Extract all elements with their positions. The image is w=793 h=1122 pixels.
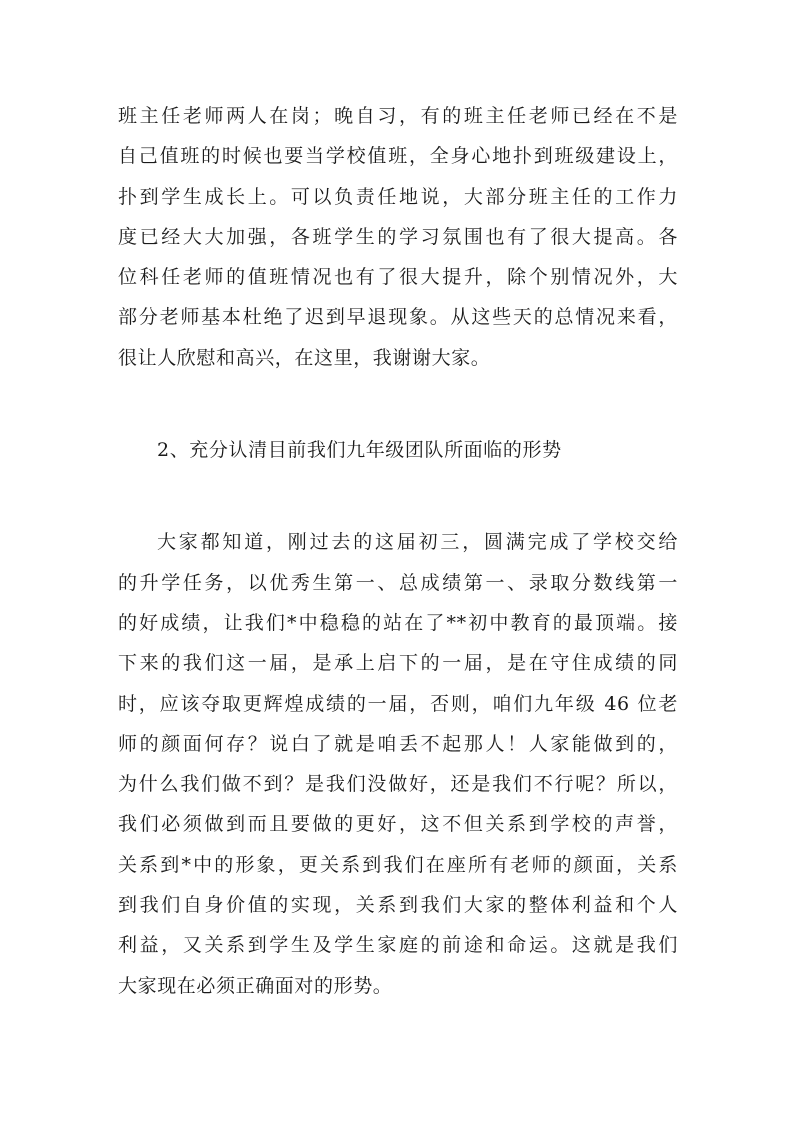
text-line: 位科任老师的值班情况也有了很大提升，除个别情况外，大 [118, 257, 678, 297]
text-line: 为什么我们做不到？是我们没做好，还是我们不行呢？所以， [118, 764, 678, 804]
text-line: 时，应该夺取更辉煌成绩的一届，否则，咱们九年级 46 位老 [118, 684, 678, 724]
text-line: 到我们自身价值的实现，关系到我们大家的整体利益和个人 [118, 885, 678, 925]
text-line: 师的颜面何存？说白了就是咱丢不起那人！人家能做到的， [118, 724, 678, 764]
text-line: 自己值班的时候也要当学校值班，全身心地扑到班级建设上， [118, 136, 678, 176]
document-page: 班主任老师两人在岗；晚自习，有的班主任老师已经在不是 自己值班的时候也要当学校值… [118, 96, 678, 1006]
text-line: 班主任老师两人在岗；晚自习，有的班主任老师已经在不是 [118, 96, 678, 136]
section-heading: 2、充分认清目前我们九年级团队所面临的形势 [118, 430, 678, 470]
text-line: 度已经大大加强，各班学生的学习氛围也有了很大提高。各 [118, 217, 678, 257]
text-line: 我们必须做到而且要做的更好，这不但关系到学校的声誉， [118, 804, 678, 844]
text-line: 关系到*中的形象，更关系到我们在座所有老师的颜面，关系 [118, 845, 678, 885]
text-line: 很让人欣慰和高兴，在这里，我谢谢大家。 [118, 338, 678, 378]
spacer [118, 470, 678, 522]
text-line: 的好成绩，让我们*中稳稳的站在了**初中教育的最顶端。接 [118, 603, 678, 643]
text-line: 扑到学生成长上。可以负责任地说，大部分班主任的工作力 [118, 177, 678, 217]
text-line: 大家现在必须正确面对的形势。 [118, 966, 678, 1006]
text-line: 大家都知道，刚过去的这届初三，圆满完成了学校交给 [118, 522, 678, 562]
text-line: 的升学任务，以优秀生第一、总成绩第一、录取分数线第一 [118, 563, 678, 603]
spacer [118, 378, 678, 430]
text-line: 部分老师基本杜绝了迟到早退现象。从这些天的总情况来看， [118, 297, 678, 337]
text-line: 利益，又关系到学生及学生家庭的前途和命运。这就是我们 [118, 925, 678, 965]
text-line: 下来的我们这一届，是承上启下的一届，是在守住成绩的同 [118, 643, 678, 683]
paragraph-2: 大家都知道，刚过去的这届初三，圆满完成了学校交给 的升学任务，以优秀生第一、总成… [118, 522, 678, 1006]
paragraph-1: 班主任老师两人在岗；晚自习，有的班主任老师已经在不是 自己值班的时候也要当学校值… [118, 96, 678, 378]
